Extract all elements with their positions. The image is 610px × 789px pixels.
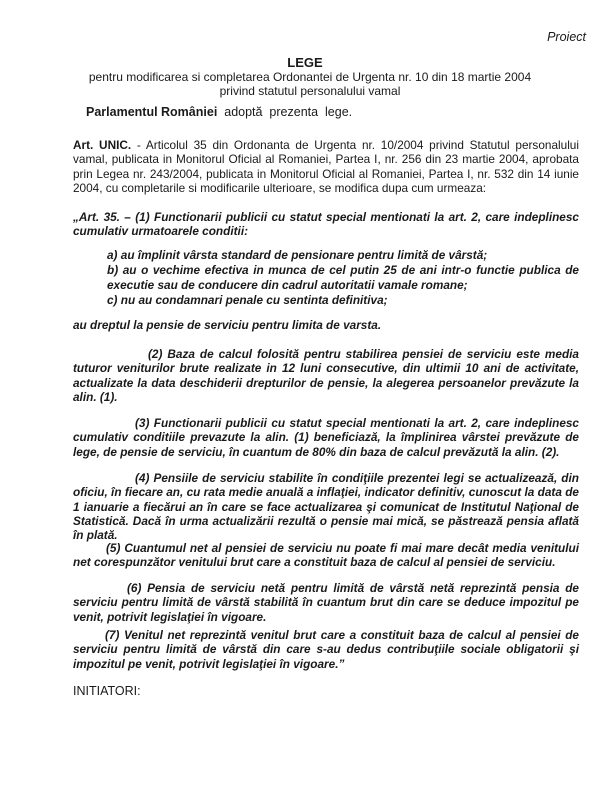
condition-b: b) au o vechime efectiva in munca de cel… — [107, 263, 579, 293]
initiators-label: INITIATORI: — [73, 684, 141, 698]
condition-a: a) au împlinit vârsta standard de pensio… — [107, 248, 579, 263]
adoption-text: adoptă prezenta lege. — [217, 105, 352, 119]
art35-para6: (6) Pensia de serviciu netă pentru limit… — [73, 581, 579, 624]
art35-para1-conclusion: au dreptul la pensie de serviciu pentru … — [73, 318, 579, 332]
subtitle-line-2: privind statutul personalului vamal — [60, 84, 560, 98]
adoption-statement: Parlamentul României adoptă prezenta leg… — [86, 105, 352, 119]
document-title: LEGE — [0, 55, 610, 70]
art35-para3: (3) Functionarii publicii cu statut spec… — [73, 416, 579, 459]
conditions-list: a) au împlinit vârsta standard de pensio… — [107, 248, 579, 308]
art35-para7: (7) Venitul net reprezintă venitul brut … — [73, 628, 579, 671]
condition-c: c) nu au condamnari penale cu sentinta d… — [107, 293, 579, 308]
subtitle-line-1: pentru modificarea si completarea Ordona… — [60, 70, 560, 84]
article-unic: Art. UNIC. - Articolul 35 din Ordonanta … — [73, 138, 579, 195]
document-subtitle: pentru modificarea si completarea Ordona… — [60, 70, 560, 98]
art35-para4: (4) Pensiile de serviciu stabilite în co… — [73, 471, 579, 542]
adoption-subject: Parlamentul României — [86, 105, 217, 119]
art35-para1-intro: „Art. 35. – (1) Functionarii publicii cu… — [73, 210, 579, 239]
art35-para2: (2) Baza de calcul folosită pentru stabi… — [73, 347, 579, 404]
document-status-label: Proiect — [0, 30, 586, 44]
art35-para5: (5) Cuantumul net al pensiei de serviciu… — [73, 541, 579, 570]
article-unic-label: Art. UNIC. — [73, 138, 131, 152]
article-unic-text: - Articolul 35 din Ordonanta de Urgenta … — [73, 138, 579, 195]
